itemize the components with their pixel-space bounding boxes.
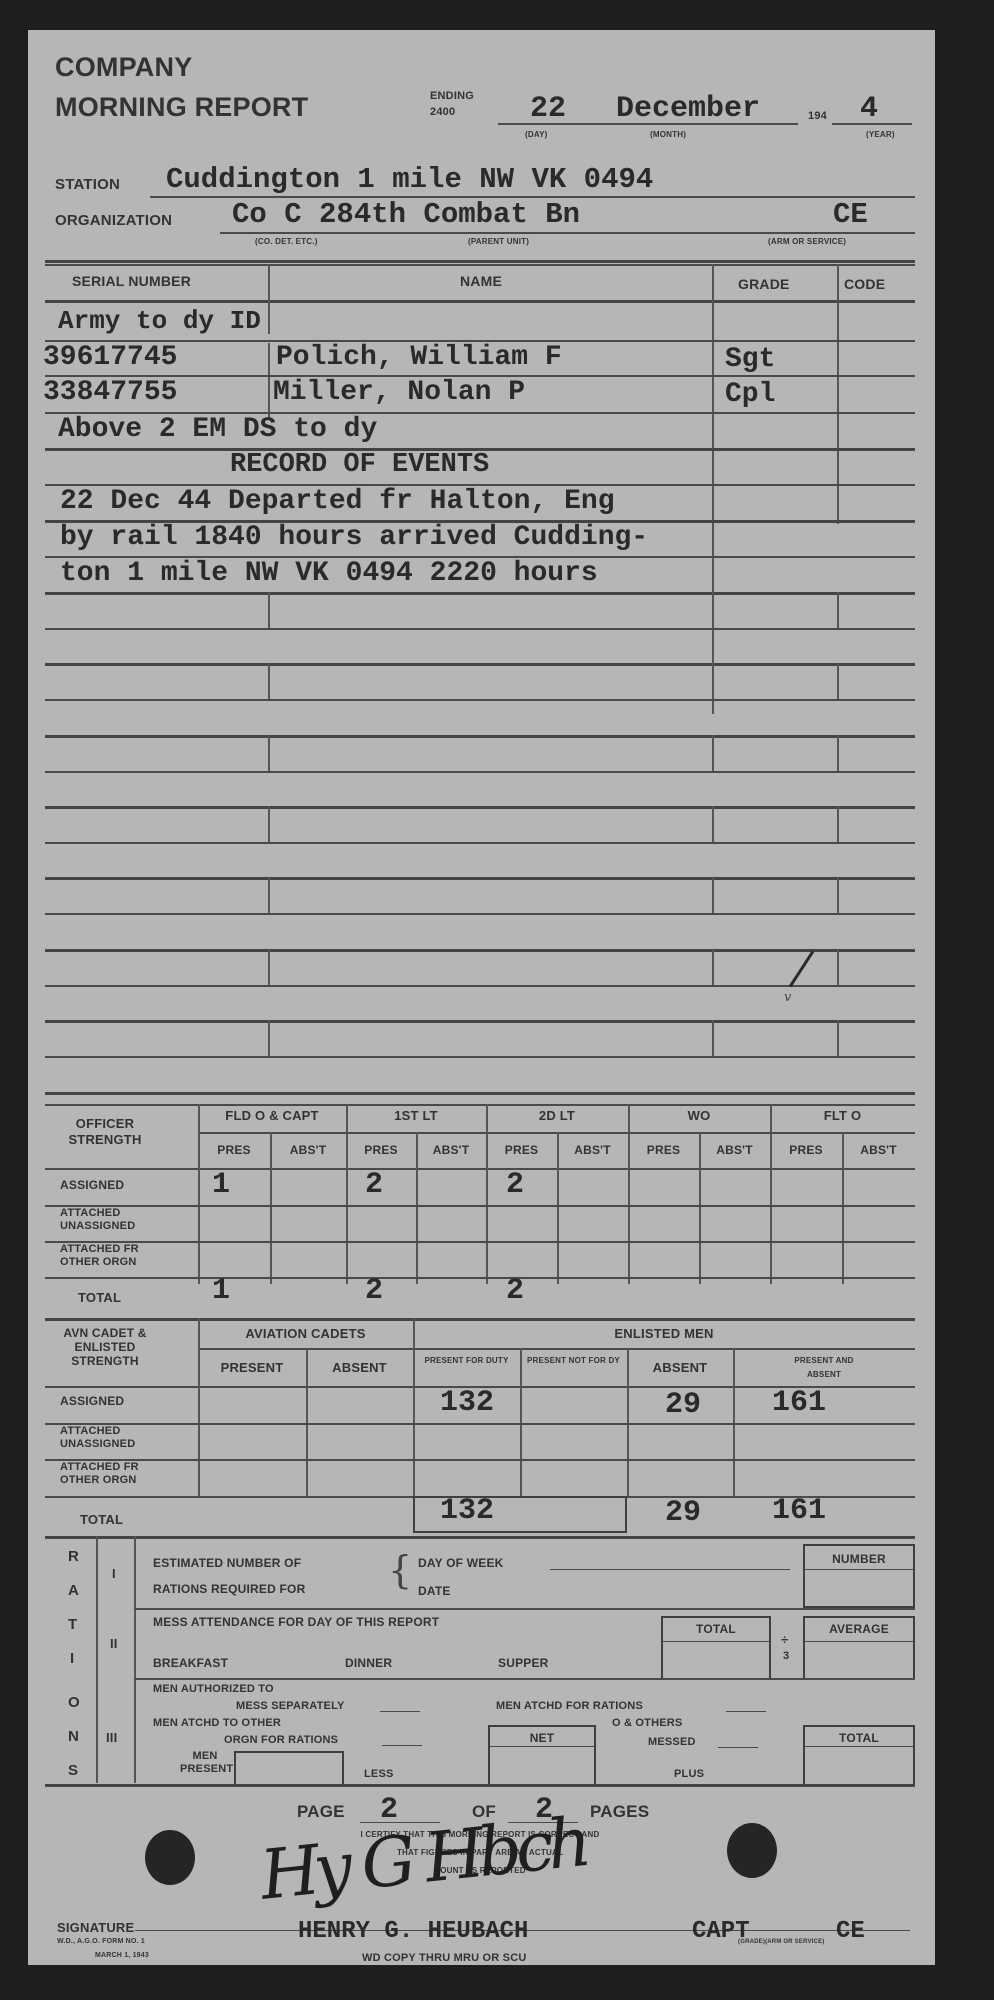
event-line: by rail 1840 hours arrived Cudding- xyxy=(60,522,648,553)
divider xyxy=(712,949,714,985)
men-atchd-for-rations-field[interactable] xyxy=(726,1711,766,1712)
divider xyxy=(96,1536,98,1783)
present-label: PRESENT xyxy=(180,1763,233,1775)
row-rule xyxy=(45,1020,915,1023)
arm-or-service-value: CE xyxy=(833,198,868,231)
row-rule xyxy=(45,771,915,773)
orgn-for-rations-label: ORGN FOR RATIONS xyxy=(224,1734,338,1746)
group-flt-o: FLT O xyxy=(770,1108,915,1123)
2d-lt-pres-total: 2 xyxy=(506,1274,524,1308)
event-line: 22 Dec 44 Departed fr Halton, Eng xyxy=(60,486,615,517)
divider xyxy=(268,735,270,771)
day-of-week-label: DAY OF WEEK xyxy=(418,1556,504,1570)
mess-separately-label: MESS SEPARATELY xyxy=(236,1700,345,1712)
year-caption: (YEAR) xyxy=(866,130,895,139)
dinner-label: DINNER xyxy=(345,1656,392,1670)
col-name: NAME xyxy=(460,273,502,289)
mess-attendance-label: MESS ATTENDANCE FOR DAY OF THIS REPORT xyxy=(153,1615,439,1629)
organization-underline xyxy=(220,232,915,234)
divider xyxy=(198,1104,200,1284)
station-label: STATION xyxy=(55,176,120,193)
divider xyxy=(837,1020,839,1056)
rations-letter: N xyxy=(68,1728,79,1745)
row-label-attached-unassigned: ATTACHED UNASSIGNED xyxy=(60,1425,180,1451)
average-box-label: AVERAGE xyxy=(805,1622,913,1636)
divider xyxy=(712,877,714,913)
divider xyxy=(268,592,270,628)
em-absent-assigned: 29 xyxy=(665,1388,701,1422)
total-rations-box-label: TOTAL xyxy=(805,1731,913,1745)
enlisted-strength-title: AVN CADET & ENLISTED STRENGTH xyxy=(45,1326,165,1368)
divider xyxy=(837,949,839,985)
ending-label: ENDING xyxy=(430,90,474,102)
roster-top-rule-2 xyxy=(45,264,915,266)
signer-arm: CE xyxy=(836,1918,865,1945)
em-absent-total: 29 xyxy=(665,1496,701,1530)
row-rule xyxy=(45,985,915,987)
divide-by-value: 3 xyxy=(783,1650,789,1662)
ending-time-label: 2400 xyxy=(430,106,455,118)
section-rule xyxy=(45,1104,915,1106)
section-rule xyxy=(134,1608,915,1610)
men-present-box[interactable] xyxy=(234,1751,344,1787)
subcol-abst: ABS'T xyxy=(842,1143,915,1157)
2d-lt-pres-assigned: 2 xyxy=(506,1168,524,1202)
divider xyxy=(486,1104,488,1284)
report-month: December xyxy=(616,92,760,126)
day-of-week-field[interactable] xyxy=(550,1569,790,1570)
col-grade: GRADE xyxy=(738,276,790,292)
divider xyxy=(842,1132,844,1284)
row-rule xyxy=(45,592,915,595)
row-rule xyxy=(45,877,915,880)
fld-o-capt-pres-assigned: 1 xyxy=(212,1168,230,1202)
row-rule xyxy=(45,1092,915,1095)
em-present-and-absent-assigned: 161 xyxy=(772,1386,826,1420)
em-present-for-duty-assigned: 132 xyxy=(440,1386,494,1420)
box-rule xyxy=(805,1641,913,1642)
rations-letter: R xyxy=(68,1548,79,1565)
row-rule xyxy=(45,663,915,666)
messed-label: MESSED xyxy=(648,1736,696,1748)
divider xyxy=(837,735,839,771)
box-rule xyxy=(663,1641,769,1642)
subcol-abst: ABS'T xyxy=(699,1143,770,1157)
day-caption: (DAY) xyxy=(525,130,547,139)
subcol-pres: PRES xyxy=(628,1143,699,1157)
section-iii-numeral: III xyxy=(106,1730,117,1745)
brace-icon: { xyxy=(388,1548,412,1592)
orgn-for-rations-field[interactable] xyxy=(382,1745,422,1746)
report-year-digit: 4 xyxy=(860,92,878,126)
box-rule xyxy=(805,1746,913,1747)
officer-strength-title: OFFICER STRENGTH xyxy=(45,1116,165,1148)
subcol-pres: PRES xyxy=(770,1143,842,1157)
section-rule xyxy=(45,1784,915,1787)
subcol-cadets-present: PRESENT xyxy=(198,1360,306,1375)
row-rule xyxy=(45,1168,915,1170)
signature-label: SIGNATURE xyxy=(57,1920,134,1935)
grade-caption: (GRADE)(ARM OR SERVICE) xyxy=(738,1939,825,1945)
divider xyxy=(712,592,714,628)
row-rule xyxy=(45,913,915,915)
roster-row-note: Army to dy ID xyxy=(58,306,261,336)
divider xyxy=(268,264,270,334)
section-i-numeral: I xyxy=(112,1566,116,1581)
roster-top-rule xyxy=(45,260,915,263)
organization-label: ORGANIZATION xyxy=(55,212,172,229)
subcol-pres: PRES xyxy=(486,1143,557,1157)
record-of-events-heading: RECORD OF EVENTS xyxy=(230,450,489,480)
soldier-grade: Sgt xyxy=(725,344,775,375)
less-label: LESS xyxy=(364,1768,394,1780)
section-ii-numeral: II xyxy=(110,1636,118,1651)
divider xyxy=(699,1132,701,1284)
divider xyxy=(837,806,839,842)
fld-o-capt-pres-total: 1 xyxy=(212,1274,230,1308)
divider xyxy=(712,735,714,771)
rations-letter: S xyxy=(68,1762,78,1779)
parent-unit-caption: (PARENT UNIT) xyxy=(468,237,529,246)
roster-row-note: Above 2 EM DS to dy xyxy=(58,414,377,445)
plus-label: PLUS xyxy=(674,1768,704,1780)
subcol-present-not-for-dy: PRESENT NOT FOR DY xyxy=(520,1354,627,1368)
divider xyxy=(628,1104,630,1284)
divider xyxy=(198,1318,200,1498)
men-atchd-for-rations-label: MEN ATCHD FOR RATIONS xyxy=(496,1700,643,1712)
row-rule xyxy=(45,949,915,952)
roster-header-rule xyxy=(45,300,915,303)
subcol-abst: ABS'T xyxy=(557,1143,628,1157)
col-code: CODE xyxy=(844,276,885,292)
divider xyxy=(268,1020,270,1056)
row-rule xyxy=(45,1056,915,1058)
divider xyxy=(268,949,270,985)
subcol-abst: ABS'T xyxy=(270,1143,346,1157)
group-1st-lt: 1ST LT xyxy=(346,1108,486,1123)
row-rule xyxy=(45,628,915,630)
row-rule xyxy=(45,735,915,738)
group-wo: WO xyxy=(628,1108,770,1123)
rations-letter: O xyxy=(68,1694,80,1711)
row-rule xyxy=(45,806,915,809)
men-label: MEN xyxy=(192,1750,217,1762)
subcol-present-and-absent: PRESENT AND ABSENT xyxy=(733,1354,915,1382)
em-present-for-duty-total: 132 xyxy=(440,1494,494,1528)
section-rule xyxy=(45,1318,915,1321)
group-aviation-cadets: AVIATION CADETS xyxy=(198,1326,413,1341)
station-value: Cuddington 1 mile NW VK 0494 xyxy=(166,163,653,196)
rations-letter: I xyxy=(70,1650,74,1667)
divider xyxy=(268,806,270,842)
subcol-pres: PRES xyxy=(198,1143,270,1157)
divider xyxy=(268,343,270,418)
divider xyxy=(712,1020,714,1056)
divider xyxy=(268,877,270,913)
divider xyxy=(270,1132,272,1284)
divider xyxy=(712,264,714,714)
soldier-grade: Cpl xyxy=(725,379,775,410)
divider xyxy=(837,663,839,699)
form-title-morning-report: MORNING REPORT xyxy=(55,92,308,123)
rations-letter: T xyxy=(68,1616,77,1633)
rations-letter: A xyxy=(68,1582,79,1599)
box-rule xyxy=(490,1746,594,1747)
organization-value: Co C 284th Combat Bn xyxy=(232,198,580,231)
subcol-present-for-duty: PRESENT FOR DUTY xyxy=(413,1354,520,1368)
subcol-em-absent: ABSENT xyxy=(627,1360,733,1375)
row-label-attached-unassigned: ATTACHED UNASSIGNED xyxy=(60,1207,180,1233)
soldier-name: Polich, William F xyxy=(276,342,562,373)
number-box-label: NUMBER xyxy=(805,1552,913,1566)
serial-number: 39617745 xyxy=(43,342,177,373)
row-rule xyxy=(45,1277,915,1279)
year-underline xyxy=(832,123,912,125)
em-present-and-absent-total: 161 xyxy=(772,1494,826,1528)
divider xyxy=(837,592,839,628)
row-label-attached-fr-other: ATTACHED FR OTHER ORGN xyxy=(60,1461,180,1487)
1st-lt-pres-total: 2 xyxy=(365,1274,383,1308)
form-number: W.D., A.G.O. FORM NO. 1 xyxy=(57,1938,145,1945)
row-rule xyxy=(45,699,915,701)
supper-label: SUPPER xyxy=(498,1656,549,1670)
punch-hole-left xyxy=(145,1830,195,1885)
group-enlisted-men: ENLISTED MEN xyxy=(413,1326,915,1341)
rations-required-label: RATIONS REQUIRED FOR xyxy=(153,1582,305,1596)
total-box-label: TOTAL xyxy=(663,1622,769,1636)
subcol-pres: PRES xyxy=(346,1143,416,1157)
divider xyxy=(557,1132,559,1284)
breakfast-label: BREAKFAST xyxy=(153,1656,228,1670)
subcol-cadets-absent: ABSENT xyxy=(306,1360,413,1375)
mess-separately-field[interactable] xyxy=(380,1711,420,1712)
divider xyxy=(346,1104,348,1284)
section-rule xyxy=(45,1536,915,1539)
date-underline xyxy=(498,123,798,125)
messed-field[interactable] xyxy=(718,1747,758,1748)
divider xyxy=(134,1536,136,1783)
serial-number: 33847755 xyxy=(43,377,177,408)
col-serial-number: SERIAL NUMBER xyxy=(72,273,191,289)
subcol-abst: ABS'T xyxy=(416,1143,486,1157)
divider xyxy=(712,663,714,699)
section-rule xyxy=(134,1678,915,1680)
row-label-assigned: ASSIGNED xyxy=(60,1394,124,1408)
event-line: ton 1 mile NW VK 0494 2220 hours xyxy=(60,558,598,589)
box-rule xyxy=(805,1569,913,1570)
row-label-total: TOTAL xyxy=(80,1512,123,1527)
form-title-company: COMPANY xyxy=(55,52,192,83)
group-2d-lt: 2D LT xyxy=(486,1108,628,1123)
routing-note: WD COPY THRU MRU OR SCU xyxy=(362,1952,527,1964)
net-box-label: NET xyxy=(490,1731,594,1745)
divider xyxy=(837,877,839,913)
punch-hole-right xyxy=(727,1823,777,1878)
report-day: 22 xyxy=(530,92,566,126)
year-prefix: 194 xyxy=(808,110,827,122)
date-label: DATE xyxy=(418,1584,451,1598)
row-label-attached-fr-other: ATTACHED FR OTHER ORGN xyxy=(60,1243,180,1269)
page-label: PAGE xyxy=(297,1802,345,1822)
pages-label: PAGES xyxy=(590,1802,649,1822)
signer-typed-name: HENRY G. HEUBACH xyxy=(298,1918,528,1945)
1st-lt-pres-assigned: 2 xyxy=(365,1168,383,1202)
row-label-total: TOTAL xyxy=(78,1290,121,1305)
divider xyxy=(770,1104,772,1284)
check-mark: v xyxy=(784,990,791,1005)
men-authorized-label: MEN AUTHORIZED TO xyxy=(153,1683,274,1695)
divider xyxy=(712,806,714,842)
divide-icon: ÷ xyxy=(781,1632,788,1647)
divider xyxy=(413,1318,415,1498)
row-rule xyxy=(45,842,915,844)
o-others-label: O & OTHERS xyxy=(612,1717,682,1729)
row-label-assigned: ASSIGNED xyxy=(60,1178,124,1192)
form-date: MARCH 1, 1943 xyxy=(95,1952,149,1959)
month-caption: (MONTH) xyxy=(650,130,686,139)
arm-service-caption: (ARM OR SERVICE) xyxy=(768,237,846,246)
co-det-caption: (CO. DET. ETC.) xyxy=(255,237,318,246)
estimated-number-label: ESTIMATED NUMBER OF xyxy=(153,1556,301,1570)
divider xyxy=(268,663,270,699)
soldier-name: Miller, Nolan P xyxy=(273,377,525,408)
men-present-label: MENPRESENT xyxy=(180,1750,230,1776)
divider xyxy=(416,1132,418,1284)
men-atchd-to-other-label: MEN ATCHD TO OTHER xyxy=(153,1717,281,1729)
group-fld-o-capt: FLD O & CAPT xyxy=(198,1108,346,1123)
